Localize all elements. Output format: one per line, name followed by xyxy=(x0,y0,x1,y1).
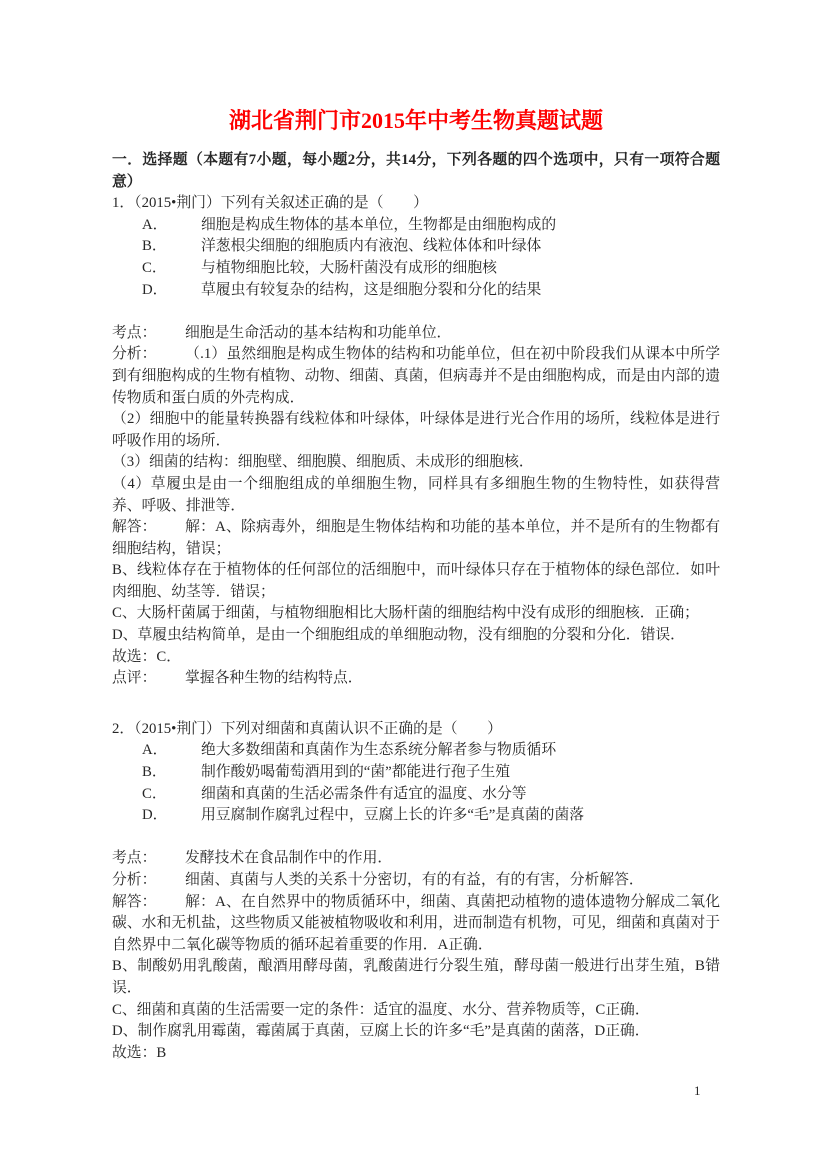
block-label: 解答： xyxy=(112,892,185,914)
option-label: B． xyxy=(142,762,201,784)
question-stem: 2．（2015•荆门）下列对细菌和真菌认识不正确的是（ ） xyxy=(112,719,720,741)
document-page: 湖北省荆门市2015年中考生物真题试题 一．选择题（本题有7小题，每小题2分，共… xyxy=(112,106,720,1064)
question: 2．（2015•荆门）下列对细菌和真菌认识不正确的是（ ）A．绝大多数细菌和真菌… xyxy=(112,719,720,1065)
option-text: 细菌和真菌的生活必需条件有适宜的温度、水分等 xyxy=(201,786,527,802)
option-text: 制作酸奶喝葡萄酒用到的“菌”都能进行孢子生殖 xyxy=(201,764,510,780)
analysis-paragraph: （4）草履虫是由一个细胞组成的单细胞生物，同样具有多细胞生物的生物特性，如获得营… xyxy=(112,474,720,517)
analysis-paragraph: 故选：B xyxy=(112,1043,720,1065)
option-text: 洋葱根尖细胞的细胞质内有液泡、线粒体体和叶绿体 xyxy=(201,238,541,254)
analysis-block: 分析：细菌、真菌与人类的关系十分密切，有的有益，有的有害，分析解答． xyxy=(112,870,720,892)
analysis-paragraph: （2）细胞中的能量转换器有线粒体和叶绿体，叶绿体是进行光合作用的场所，线粒体是进… xyxy=(112,409,720,452)
option-row: A．绝大多数细菌和真菌作为生态系统分解者参与物质循环 xyxy=(112,740,720,762)
option-label: A． xyxy=(142,740,201,762)
analysis-paragraph: B、线粒体存在于植物体的任何部位的活细胞中，而叶绿体只存在于植物体的绿色部位．如… xyxy=(112,560,720,603)
option-label: B． xyxy=(142,236,201,258)
option-row: B．制作酸奶喝葡萄酒用到的“菌”都能进行孢子生殖 xyxy=(112,762,720,784)
question-stem: 1．（2015•荆门）下列有关叙述正确的是（ ） xyxy=(112,193,720,215)
option-label: C． xyxy=(142,784,201,806)
analysis-paragraph: D、制作腐乳用霉菌，霉菌属于真菌，豆腐上长的许多“毛”是真菌的菌落，D正确． xyxy=(112,1021,720,1043)
option-text: 与植物细胞比较，大肠杆菌没有成形的细胞核 xyxy=(201,260,497,276)
option-row: C．与植物细胞比较，大肠杆菌没有成形的细胞核 xyxy=(112,258,720,280)
block-label: 考点： xyxy=(112,323,185,345)
analysis-section: 考点：发酵技术在食品制作中的作用．分析：细菌、真菌与人类的关系十分密切，有的有益… xyxy=(112,848,720,1064)
analysis-paragraph: C、大肠杆菌属于细菌，与植物细胞相比大肠杆菌的细胞结构中没有成形的细胞核．正确； xyxy=(112,603,720,625)
document-title: 湖北省荆门市2015年中考生物真题试题 xyxy=(112,106,720,136)
option-row: C．细菌和真菌的生活必需条件有适宜的温度、水分等 xyxy=(112,784,720,806)
analysis-block: 解答：解：A、除病毒外，细胞是生物体结构和功能的基本单位，并不是所有的生物都有细… xyxy=(112,517,720,560)
option-row: D．草履虫有较复杂的结构，这是细胞分裂和分化的结果 xyxy=(112,280,720,302)
option-text: 草履虫有较复杂的结构，这是细胞分裂和分化的结果 xyxy=(201,282,541,298)
analysis-block: 解答：解：A、在自然界中的物质循环中，细菌、真菌把动植物的遗体遗物分解成二氧化碳… xyxy=(112,892,720,957)
option-label: A． xyxy=(142,215,201,237)
option-row: B．洋葱根尖细胞的细胞质内有液泡、线粒体体和叶绿体 xyxy=(112,236,720,258)
block-label: 分析： xyxy=(112,344,185,366)
analysis-block: 分析：（.1）虽然细胞是构成生物体的结构和功能单位，但在初中阶段我们从课本中所学… xyxy=(112,344,720,409)
option-text: 绝大多数细菌和真菌作为生态系统分解者参与物质循环 xyxy=(201,742,556,758)
analysis-block: 考点：细胞是生命活动的基本结构和功能单位． xyxy=(112,323,720,345)
analysis-block: 点评：掌握各种生物的结构特点． xyxy=(112,668,720,690)
block-label: 解答： xyxy=(112,517,185,539)
option-row: A．细胞是构成生物体的基本单位，生物都是由细胞构成的 xyxy=(112,215,720,237)
question: 1．（2015•荆门）下列有关叙述正确的是（ ）A．细胞是构成生物体的基本单位，… xyxy=(112,193,720,690)
analysis-paragraph: 故选：C． xyxy=(112,647,720,669)
option-text: 用豆腐制作腐乳过程中，豆腐上长的许多“毛”是真菌的菌落 xyxy=(201,807,584,823)
analysis-block: 考点：发酵技术在食品制作中的作用． xyxy=(112,848,720,870)
section-heading: 一．选择题（本题有7小题，每小题2分，共14分，下列各题的四个选项中，只有一项符… xyxy=(112,150,720,193)
option-text: 细胞是构成生物体的基本单位，生物都是由细胞构成的 xyxy=(201,217,556,233)
option-row: D．用豆腐制作腐乳过程中，豆腐上长的许多“毛”是真菌的菌落 xyxy=(112,805,720,827)
option-label: D． xyxy=(142,280,201,302)
page-number: 1 xyxy=(694,1083,701,1099)
analysis-paragraph: D、草履虫结构简单，是由一个细胞组成的单细胞动物，没有细胞的分裂和分化．错误． xyxy=(112,625,720,647)
analysis-paragraph: （3）细菌的结构：细胞壁、细胞膜、细胞质、未成形的细胞核． xyxy=(112,452,720,474)
questions-container: 1．（2015•荆门）下列有关叙述正确的是（ ）A．细胞是构成生物体的基本单位，… xyxy=(112,193,720,1064)
analysis-paragraph: B、制酸奶用乳酸菌，酿酒用酵母菌，乳酸菌进行分裂生殖，酵母菌一般进行出芽生殖，B… xyxy=(112,956,720,999)
block-label: 分析： xyxy=(112,870,185,892)
block-label: 点评： xyxy=(112,668,185,690)
option-label: D． xyxy=(142,805,201,827)
analysis-section: 考点：细胞是生命活动的基本结构和功能单位．分析：（.1）虽然细胞是构成生物体的结… xyxy=(112,323,720,690)
analysis-paragraph: C、细菌和真菌的生活需要一定的条件：适宜的温度、水分、营养物质等，C正确． xyxy=(112,1000,720,1022)
block-label: 考点： xyxy=(112,848,185,870)
option-label: C． xyxy=(142,258,201,280)
